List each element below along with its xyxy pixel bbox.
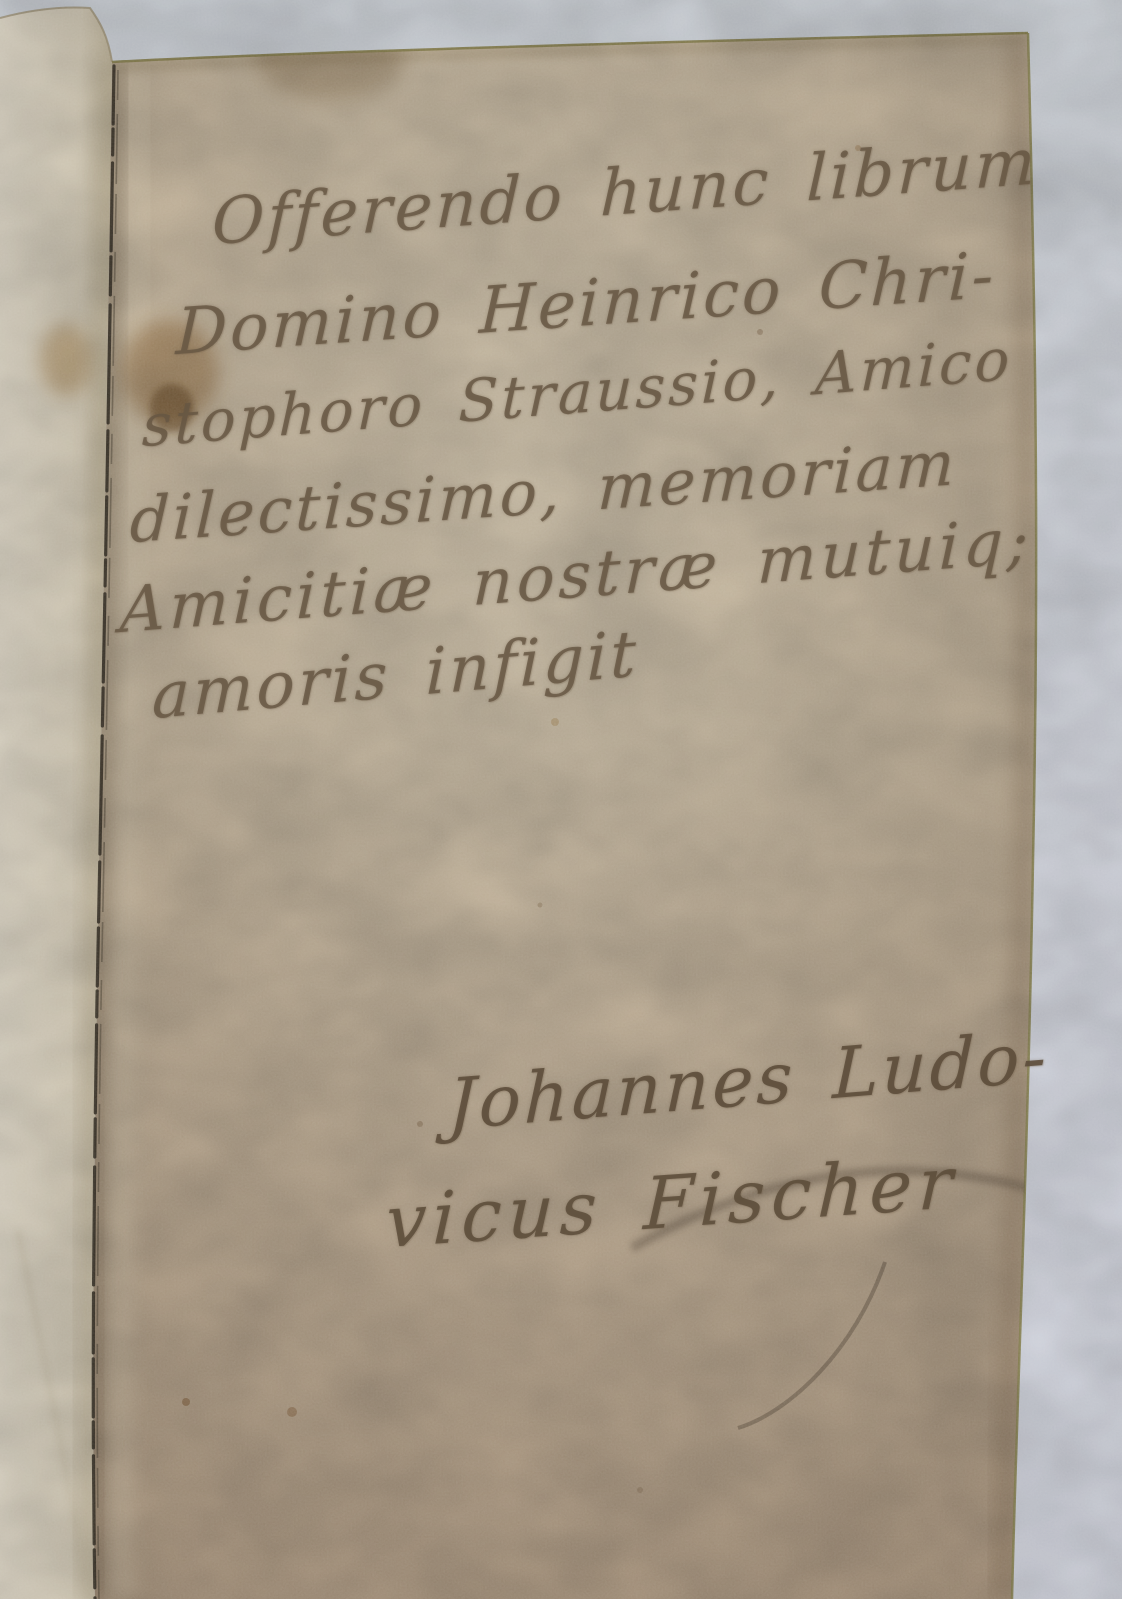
book-photo-art (0, 0, 1122, 1599)
book-inscription-photo: Offerendo hunc librum Domino Heinrico Ch… (0, 0, 1122, 1599)
